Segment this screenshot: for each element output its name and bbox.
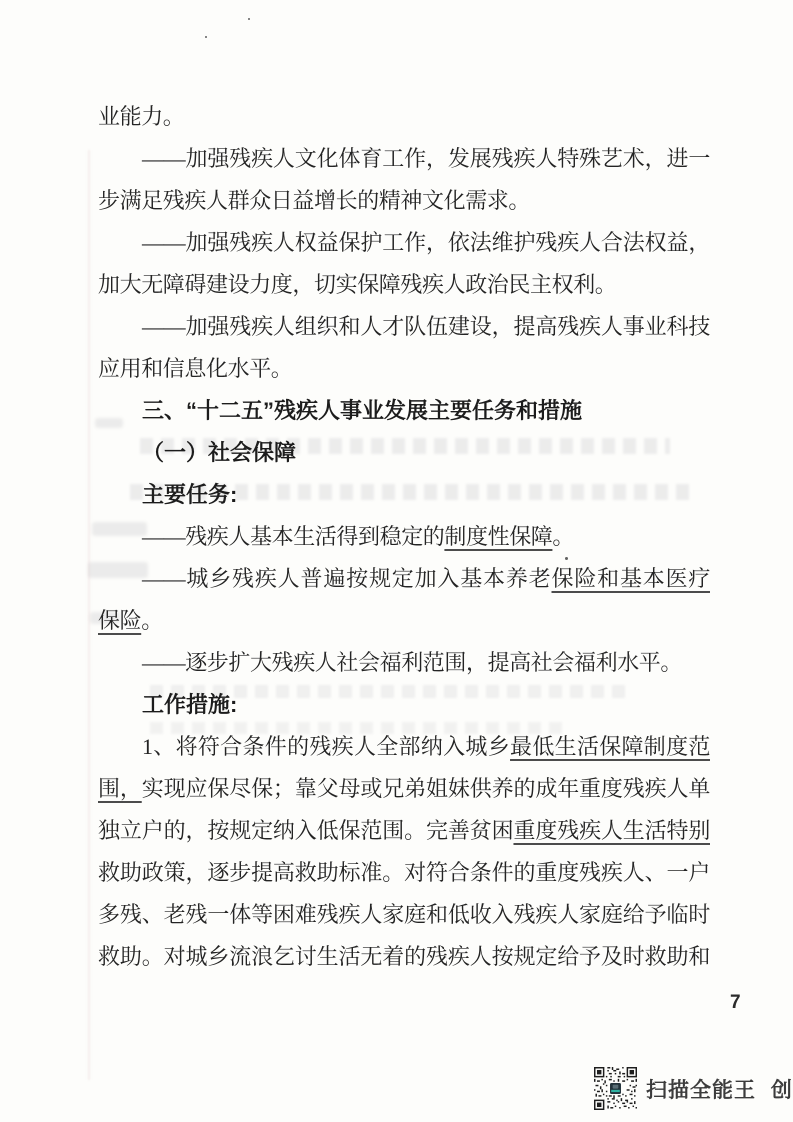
text-segment: （一）社会保障 bbox=[142, 440, 296, 465]
text-segment: ——逐步扩大残疾人社会福利范围，提高社会福利水平。 bbox=[142, 650, 682, 675]
text-line-7: 应用和信息化水平。 bbox=[98, 348, 710, 390]
subsection-label-tasks: 主要任务: bbox=[98, 474, 710, 516]
text-segment: 。 bbox=[552, 524, 574, 549]
text-line-4: ——加强残疾人权益保护工作，依法维护残疾人合法权益， bbox=[98, 222, 710, 264]
subsection-label-measures: 工作措施: bbox=[98, 684, 710, 726]
scanned-document-page: 业能力。 ——加强残疾人文化体育工作，发展残疾人特殊艺术，进一 步满足残疾人群众… bbox=[0, 0, 793, 1122]
pen-underlined-text: 制度性保障 bbox=[444, 524, 552, 549]
text-segment: ——城乡残疾人普遍按规定加入基本养老 bbox=[142, 566, 552, 591]
text-segment: 工作措施: bbox=[142, 692, 237, 717]
text-line-3: 步满足残疾人群众日益增长的精神文化需求。 bbox=[98, 180, 710, 222]
text-segment: 实现应保尽保；靠父母或兄弟姐妹供养的成年重度残疾人单 bbox=[142, 776, 710, 801]
qr-code-icon bbox=[594, 1067, 637, 1110]
text-segment: ——残疾人基本生活得到稳定的 bbox=[142, 524, 444, 549]
text-segment: ——加强残疾人权益保护工作，依法维护残疾人合法权益， bbox=[142, 230, 710, 255]
text-segment: 救助。对城乡流浪乞讨生活无着的残疾人按规定给予及时救助和 bbox=[98, 944, 710, 969]
text-segment: 独立户的，按规定纳入低保范围。完善贫困 bbox=[98, 818, 513, 843]
text-segment: 加大无障碍建设力度，切实保障残疾人政治民主权利。 bbox=[98, 272, 616, 297]
text-line-20: 多残、老残一体等困难残疾人家庭和低收入残疾人家庭给予临时 bbox=[98, 894, 710, 936]
text-line-14: ——逐步扩大残疾人社会福利范围，提高社会福利水平。 bbox=[98, 642, 710, 684]
text-line-17: 围，实现应保尽保；靠父母或兄弟姐妹供养的成年重度残疾人单 bbox=[98, 768, 710, 810]
document-body: 业能力。 ——加强残疾人文化体育工作，发展残疾人特殊艺术，进一 步满足残疾人群众… bbox=[98, 96, 710, 978]
text-segment: 救助政策，逐步提高救助标准。对符合条件的重度残疾人、一户 bbox=[98, 860, 710, 885]
text-segment: 。 bbox=[141, 608, 163, 633]
text-segment: 三、“十二五”残疾人事业发展主要任务和措施 bbox=[142, 398, 582, 423]
section-heading-main: 三、“十二五”残疾人事业发展主要任务和措施 bbox=[98, 390, 710, 432]
pen-underlined-text: 重度残疾人生活特别 bbox=[513, 818, 710, 843]
section-heading-sub: （一）社会保障 bbox=[98, 432, 710, 474]
text-line-5: 加大无障碍建设力度，切实保障残疾人政治民主权利。 bbox=[98, 264, 710, 306]
scan-speck bbox=[248, 18, 250, 20]
text-line-2: ——加强残疾人文化体育工作，发展残疾人特殊艺术，进一 bbox=[98, 138, 710, 180]
text-line-18: 独立户的，按规定纳入低保范围。完善贫困重度残疾人生活特别 bbox=[98, 810, 710, 852]
text-segment: 应用和信息化水平。 bbox=[98, 356, 292, 381]
text-line-1: 业能力。 bbox=[98, 96, 710, 138]
pen-underlined-text: 保险 bbox=[98, 608, 141, 633]
text-line-13: 保险。 bbox=[98, 600, 710, 642]
scanner-watermark: 扫描全能王 创建 bbox=[594, 1067, 793, 1110]
text-line-21: 救助。对城乡流浪乞讨生活无着的残疾人按规定给予及时救助和 bbox=[98, 936, 710, 978]
scan-edge-artifact bbox=[88, 150, 90, 1080]
pen-underlined-text: 保险和基本医疗 bbox=[552, 566, 711, 591]
scan-speck bbox=[205, 36, 207, 38]
pen-underlined-text: 最低生活保障制度范 bbox=[510, 734, 710, 759]
text-segment: 步满足残疾人群众日益增长的精神文化需求。 bbox=[98, 188, 530, 213]
pen-underlined-text: 围， bbox=[98, 776, 142, 801]
text-line-19: 救助政策，逐步提高救助标准。对符合条件的重度残疾人、一户 bbox=[98, 852, 710, 894]
text-line-11: ——残疾人基本生活得到稳定的制度性保障。 bbox=[98, 516, 710, 558]
watermark-text: 扫描全能王 创建 bbox=[646, 1074, 793, 1104]
text-segment: 业能力。 bbox=[98, 104, 184, 129]
page-number: 7 bbox=[730, 992, 760, 1014]
text-segment: 1、将符合条件的残疾人全部纳入城乡 bbox=[142, 734, 510, 759]
text-segment: ——加强残疾人组织和人才队伍建设，提高残疾人事业科技 bbox=[142, 314, 710, 339]
text-line-12: ——城乡残疾人普遍按规定加入基本养老保险和基本医疗 bbox=[98, 558, 710, 600]
text-line-16: 1、将符合条件的残疾人全部纳入城乡最低生活保障制度范 bbox=[98, 726, 710, 768]
text-segment: 多残、老残一体等困难残疾人家庭和低收入残疾人家庭给予临时 bbox=[98, 902, 710, 927]
text-segment: 主要任务: bbox=[142, 482, 237, 507]
text-segment: ——加强残疾人文化体育工作，发展残疾人特殊艺术，进一 bbox=[142, 146, 710, 171]
text-line-6: ——加强残疾人组织和人才队伍建设，提高残疾人事业科技 bbox=[98, 306, 710, 348]
